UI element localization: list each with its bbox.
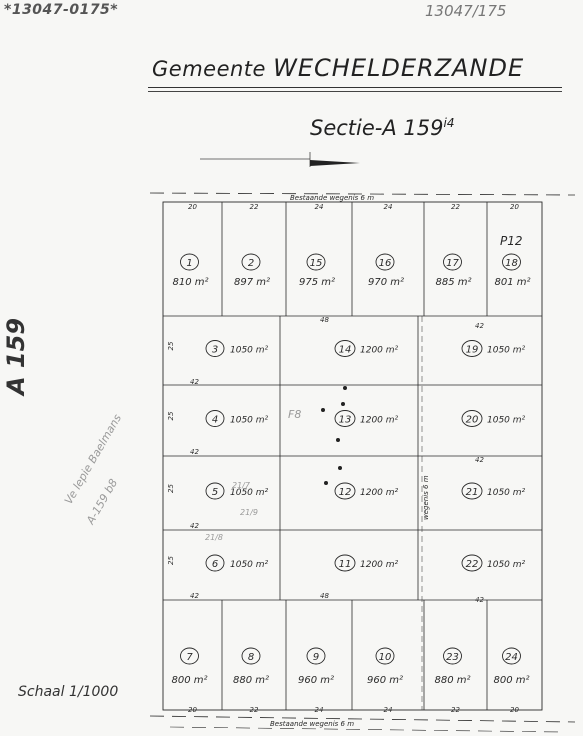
svg-text:22: 22	[466, 559, 479, 570]
svg-text:1200 m²: 1200 m²	[360, 346, 399, 356]
svg-text:24: 24	[505, 652, 518, 663]
svg-text:1200 m²: 1200 m²	[360, 560, 399, 570]
svg-text:48: 48	[320, 592, 329, 600]
svg-text:24: 24	[315, 203, 324, 211]
svg-text:1: 1	[186, 258, 192, 269]
svg-text:9: 9	[313, 652, 319, 663]
svg-text:14: 14	[339, 345, 352, 356]
svg-text:21: 21	[466, 487, 479, 498]
svg-text:1050 m²: 1050 m²	[487, 560, 526, 570]
svg-text:1050 m²: 1050 m²	[487, 488, 526, 498]
svg-text:2: 2	[248, 258, 254, 269]
svg-text:800 m²: 800 m²	[171, 675, 207, 686]
svg-text:970 m²: 970 m²	[368, 277, 404, 288]
svg-text:20: 20	[188, 203, 197, 211]
svg-text:885 m²: 885 m²	[435, 277, 471, 288]
svg-text:18: 18	[505, 258, 518, 269]
svg-text:19: 19	[466, 345, 479, 356]
svg-text:21/8: 21/8	[205, 533, 223, 542]
svg-text:wegenis 6 m: wegenis 6 m	[422, 475, 430, 520]
svg-text:1050 m²: 1050 m²	[230, 346, 269, 356]
svg-text:20: 20	[510, 203, 519, 211]
svg-text:800 m²: 800 m²	[493, 675, 529, 686]
svg-text:Bestaande wegenis 6 m: Bestaande wegenis 6 m	[290, 194, 374, 202]
svg-text:F8: F8	[288, 408, 301, 421]
svg-text:960 m²: 960 m²	[367, 675, 403, 686]
svg-text:22: 22	[250, 706, 259, 714]
svg-text:25: 25	[167, 484, 175, 493]
svg-text:25: 25	[167, 341, 175, 350]
svg-text:3: 3	[212, 345, 218, 356]
svg-text:960 m²: 960 m²	[298, 675, 334, 686]
svg-text:P12: P12	[500, 234, 523, 248]
svg-text:22: 22	[451, 706, 460, 714]
svg-text:1050 m²: 1050 m²	[487, 416, 526, 426]
parcel-plan: Bestaande wegenis 6 mBestaande wegenis 6…	[0, 0, 583, 736]
svg-text:801 m²: 801 m²	[494, 277, 530, 288]
svg-text:1200 m²: 1200 m²	[360, 488, 399, 498]
svg-text:24: 24	[315, 706, 324, 714]
svg-text:1050 m²: 1050 m²	[230, 560, 269, 570]
svg-text:10: 10	[379, 652, 392, 663]
svg-text:11: 11	[339, 559, 352, 570]
svg-text:21/9: 21/9	[240, 508, 258, 517]
svg-text:22: 22	[451, 203, 460, 211]
svg-text:24: 24	[384, 706, 393, 714]
svg-text:42: 42	[190, 592, 199, 600]
svg-text:16: 16	[379, 258, 392, 269]
svg-text:5: 5	[212, 487, 218, 498]
svg-text:42: 42	[475, 456, 484, 464]
svg-text:22: 22	[250, 203, 259, 211]
svg-text:13: 13	[339, 415, 352, 426]
svg-text:880 m²: 880 m²	[233, 675, 269, 686]
svg-text:20: 20	[466, 415, 479, 426]
svg-text:7: 7	[186, 652, 193, 663]
svg-text:975 m²: 975 m²	[299, 277, 335, 288]
svg-text:24: 24	[384, 203, 393, 211]
svg-text:897 m²: 897 m²	[234, 277, 270, 288]
svg-text:12: 12	[339, 487, 352, 498]
svg-text:25: 25	[167, 411, 175, 420]
svg-text:1050 m²: 1050 m²	[230, 416, 269, 426]
svg-text:880 m²: 880 m²	[434, 675, 470, 686]
svg-text:15: 15	[310, 258, 323, 269]
svg-text:20: 20	[510, 706, 519, 714]
svg-text:42: 42	[190, 522, 199, 530]
svg-text:1050 m²: 1050 m²	[487, 346, 526, 356]
svg-text:20: 20	[188, 706, 197, 714]
svg-text:8: 8	[248, 652, 254, 663]
svg-text:810 m²: 810 m²	[172, 277, 208, 288]
svg-text:25: 25	[167, 556, 175, 565]
svg-text:6: 6	[212, 559, 218, 570]
svg-text:23: 23	[446, 652, 459, 663]
svg-text:21/7: 21/7	[232, 481, 251, 490]
svg-text:1200 m²: 1200 m²	[360, 416, 399, 426]
svg-text:Bestaande wegenis 6 m: Bestaande wegenis 6 m	[270, 720, 354, 728]
svg-text:42: 42	[190, 378, 199, 386]
svg-text:17: 17	[446, 258, 459, 269]
svg-text:48: 48	[320, 316, 329, 324]
svg-text:4: 4	[212, 415, 218, 426]
svg-text:42: 42	[475, 596, 484, 604]
svg-text:42: 42	[190, 448, 199, 456]
svg-text:42: 42	[475, 322, 484, 330]
